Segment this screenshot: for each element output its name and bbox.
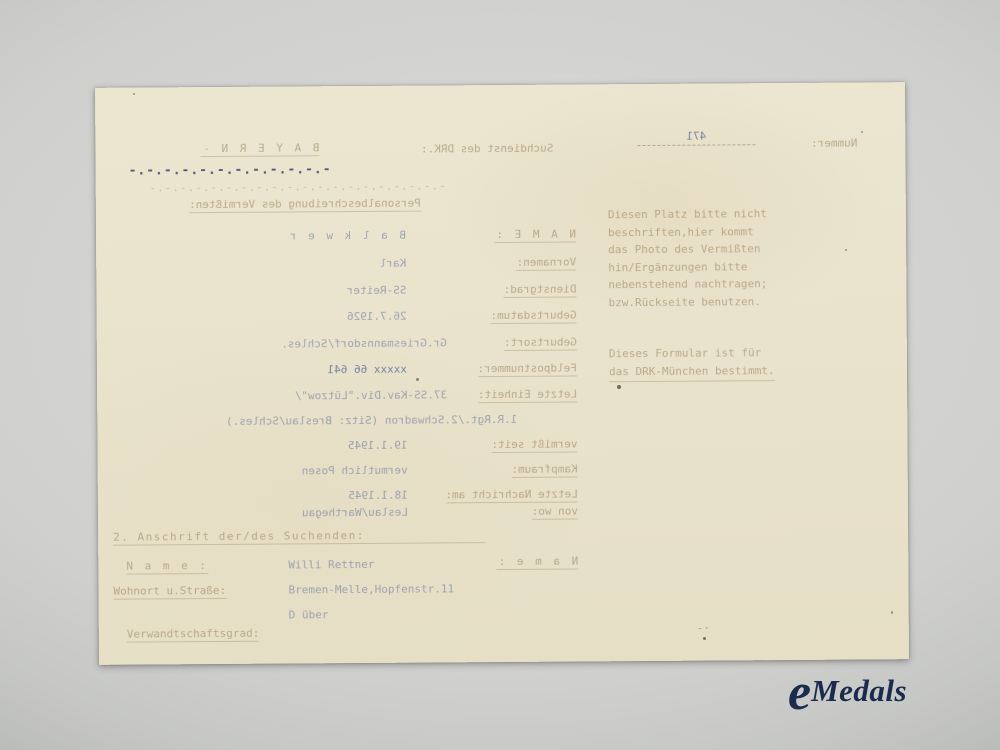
instruction-line: Diesen Platz bitte nicht [608,205,767,224]
emedals-text: Medals [811,673,907,708]
contact-relation-label: Verwandtschaftsgrad: [127,627,260,643]
document-paper: Nummer: 471 Suchdienst des DRK.: B A Y E… [95,82,909,665]
paper-speck [845,249,847,251]
contact-relation-mark: -· [697,622,710,635]
contact-name-value: Willi Rettner [288,558,374,572]
paper-speck [861,131,863,133]
contact-name-label: N a m e : [126,559,208,575]
contact-address-label: Wohnort u.Straße: [113,584,226,600]
paper-speck [416,378,419,381]
instruction-line: hin/Ergänzungen bitte [608,258,767,277]
paper-speck [703,637,706,640]
instruction-line: das Photo des Vermißten [608,240,767,259]
instruction-line: nebenstehend nachtragen; [608,275,767,294]
instruction-line: bzw.Rückseite benutzen. [608,293,767,312]
paper-speck [617,385,621,389]
form-note: Dieses Formular ist für das DRK-München … [609,344,775,382]
emedals-e: e [788,664,811,721]
note-line: Dieses Formular ist für [609,344,775,363]
contact-address-value: Bremen-Melle,Hopfenstr.11 [288,582,454,596]
paper-speck [891,611,893,614]
instruction-line: beschriften,hier kommt [608,223,767,242]
contact-heading: 2. Anschrift der/des Suchenden: [113,528,485,546]
paper-speck [133,93,135,95]
contact-address-extra: D über [289,608,329,621]
emedals-watermark: eMedals [788,668,907,718]
note-line: das DRK-München bestimmt. [609,362,775,383]
direct-text-layer: Diesen Platz bitte nicht beschriften,hie… [95,82,909,665]
photo-stage: Nummer: 471 Suchdienst des DRK.: B A Y E… [0,0,1000,750]
photo-instructions: Diesen Platz bitte nicht beschriften,hie… [608,205,768,311]
